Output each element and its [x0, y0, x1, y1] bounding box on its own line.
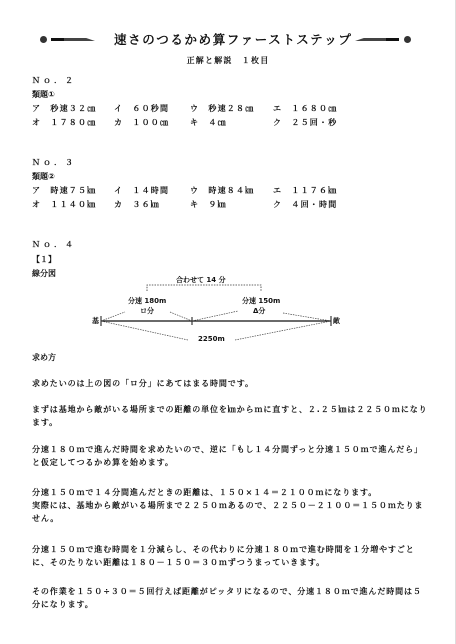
no2-label: 類題① [32, 89, 55, 100]
answer-a: ア 時速７５㎞ [32, 185, 96, 196]
answer-ki: キ ４㎝ [190, 117, 227, 128]
answer-u: ウ 時速８４㎞ [190, 185, 254, 196]
left-time-label: ロ分 [140, 306, 154, 316]
total-time-label: 合わせて 14 分 [176, 275, 226, 285]
line-segment-diagram: 合わせて 14 分 分速 180m ロ分 分速 150m Δ分 基 敵 2250… [0, 268, 456, 348]
answer-o: オ １７８０㎝ [32, 117, 96, 128]
end-point-label: 敵 [333, 316, 340, 326]
distance-label: 2250m [198, 335, 225, 343]
no4-part: 【１】 [32, 254, 56, 265]
no4-heading: Ｎｏ．４ [32, 239, 76, 250]
answer-i: イ １４時間 [114, 185, 169, 196]
explanation-paragraph: 分速１８０ｍで進んだ時間を求めたいので、逆に「もし１４分間ずっと分速１５０ｍで進… [32, 443, 428, 469]
explanation-paragraph: 分速１５０ｍで１４分間進んだときの距離は、１５０×１４＝２１００ｍになります。 … [32, 486, 428, 525]
no3-heading: Ｎｏ．３ [32, 157, 76, 168]
method-label: 求め方 [32, 352, 56, 363]
page-title: 速さのつるかめ算ファーストステップ [114, 30, 352, 48]
answer-a: ア 秒速３２㎝ [32, 103, 96, 114]
no2-heading: Ｎｏ．２ [32, 75, 76, 86]
answer-u: ウ 秒速２８㎝ [190, 103, 254, 114]
explanation-paragraph: まずは基地から敵がいる場所までの距離の単位を㎞からｍに直すと、２.２５㎞は２２５… [32, 403, 428, 429]
start-point-label: 基 [92, 316, 99, 326]
answer-e: エ １１７６㎞ [273, 185, 337, 196]
page-subtitle: 正解と解説 １枚目 [0, 55, 456, 66]
worksheet-page: 速さのつるかめ算ファーストステップ 正解と解説 １枚目 Ｎｏ．２ 類題① ア 秒… [0, 0, 456, 644]
answer-ki: キ ９㎞ [190, 199, 227, 210]
answer-i: イ ６０秒間 [114, 103, 169, 114]
title-ornament-left-icon [40, 36, 96, 42]
answer-o: オ １１４０㎞ [32, 199, 96, 210]
answer-ka: カ １００㎝ [114, 117, 169, 128]
explanation-paragraph: その作業を１５０÷３０＝５回行えば距離がピッタリになるので、分速１８０ｍで進んだ… [32, 585, 428, 611]
answer-ku: ク ４回・時間 [273, 199, 337, 210]
title-row: 速さのつるかめ算ファーストステップ [0, 30, 456, 48]
right-time-label: Δ分 [253, 306, 265, 316]
answer-ka: カ ３６㎞ [114, 199, 160, 210]
answer-e: エ １６８０㎝ [273, 103, 337, 114]
answer-ku: ク ２５回・秒 [273, 117, 337, 128]
title-ornament-right-icon [355, 36, 411, 42]
explanation-paragraph: 分速１５０ｍで進む時間を１分減らし、その代わりに分速１８０ｍで進む時間を１分増や… [32, 543, 428, 569]
no3-label: 類題② [32, 171, 55, 182]
right-speed-label: 分速 150m [242, 296, 280, 306]
explanation-paragraph: 求めたいのは上の図の「ロ分」にあてはまる時間です。 [32, 377, 428, 390]
left-speed-label: 分速 180m [128, 296, 166, 306]
